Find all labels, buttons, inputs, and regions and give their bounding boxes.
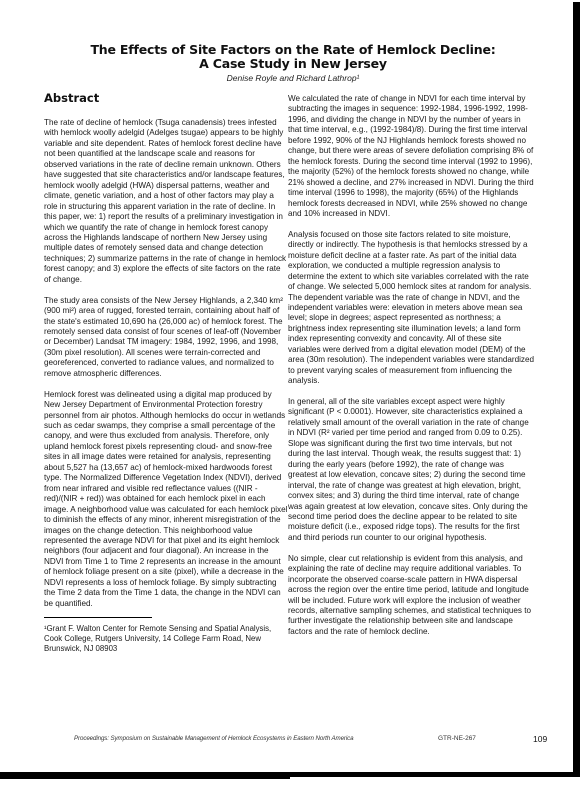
paragraph: Hemlock forest was delineated using a di… — [44, 390, 288, 610]
abstract-heading: Abstract — [44, 91, 99, 105]
page-number: 109 — [533, 734, 547, 744]
paragraph: No simple, clear cut relationship is evi… — [288, 554, 534, 638]
paragraph: We calculated the rate of change in NDVI… — [288, 94, 534, 219]
paragraph: Analysis focused on those site factors r… — [288, 230, 534, 387]
title-line-2: A Case Study in New Jersey — [0, 57, 586, 71]
paragraph: The study area consists of the New Jerse… — [44, 296, 288, 380]
authors: Denise Royle and Richard Lathrop¹ — [0, 73, 586, 83]
paragraph: In general, all of the site variables ex… — [288, 397, 534, 543]
left-column: The rate of decline of hemlock (Tsuga ca… — [44, 118, 288, 654]
paragraph: The rate of decline of hemlock (Tsuga ca… — [44, 118, 288, 285]
paper-title: The Effects of Site Factors on the Rate … — [0, 43, 586, 71]
right-column: We calculated the rate of change in NDVI… — [288, 94, 534, 648]
scan-edge-right — [573, 2, 580, 772]
footer-citation: Proceedings: Symposium on Sustainable Ma… — [74, 735, 354, 742]
footnote-rule — [44, 617, 152, 618]
title-line-1: The Effects of Site Factors on the Rate … — [0, 43, 586, 57]
footnote: ¹Grant F. Walton Center for Remote Sensi… — [44, 624, 288, 654]
scan-edge-bottom-2 — [0, 777, 290, 779]
report-number: GTR-NE-267 — [438, 735, 476, 742]
